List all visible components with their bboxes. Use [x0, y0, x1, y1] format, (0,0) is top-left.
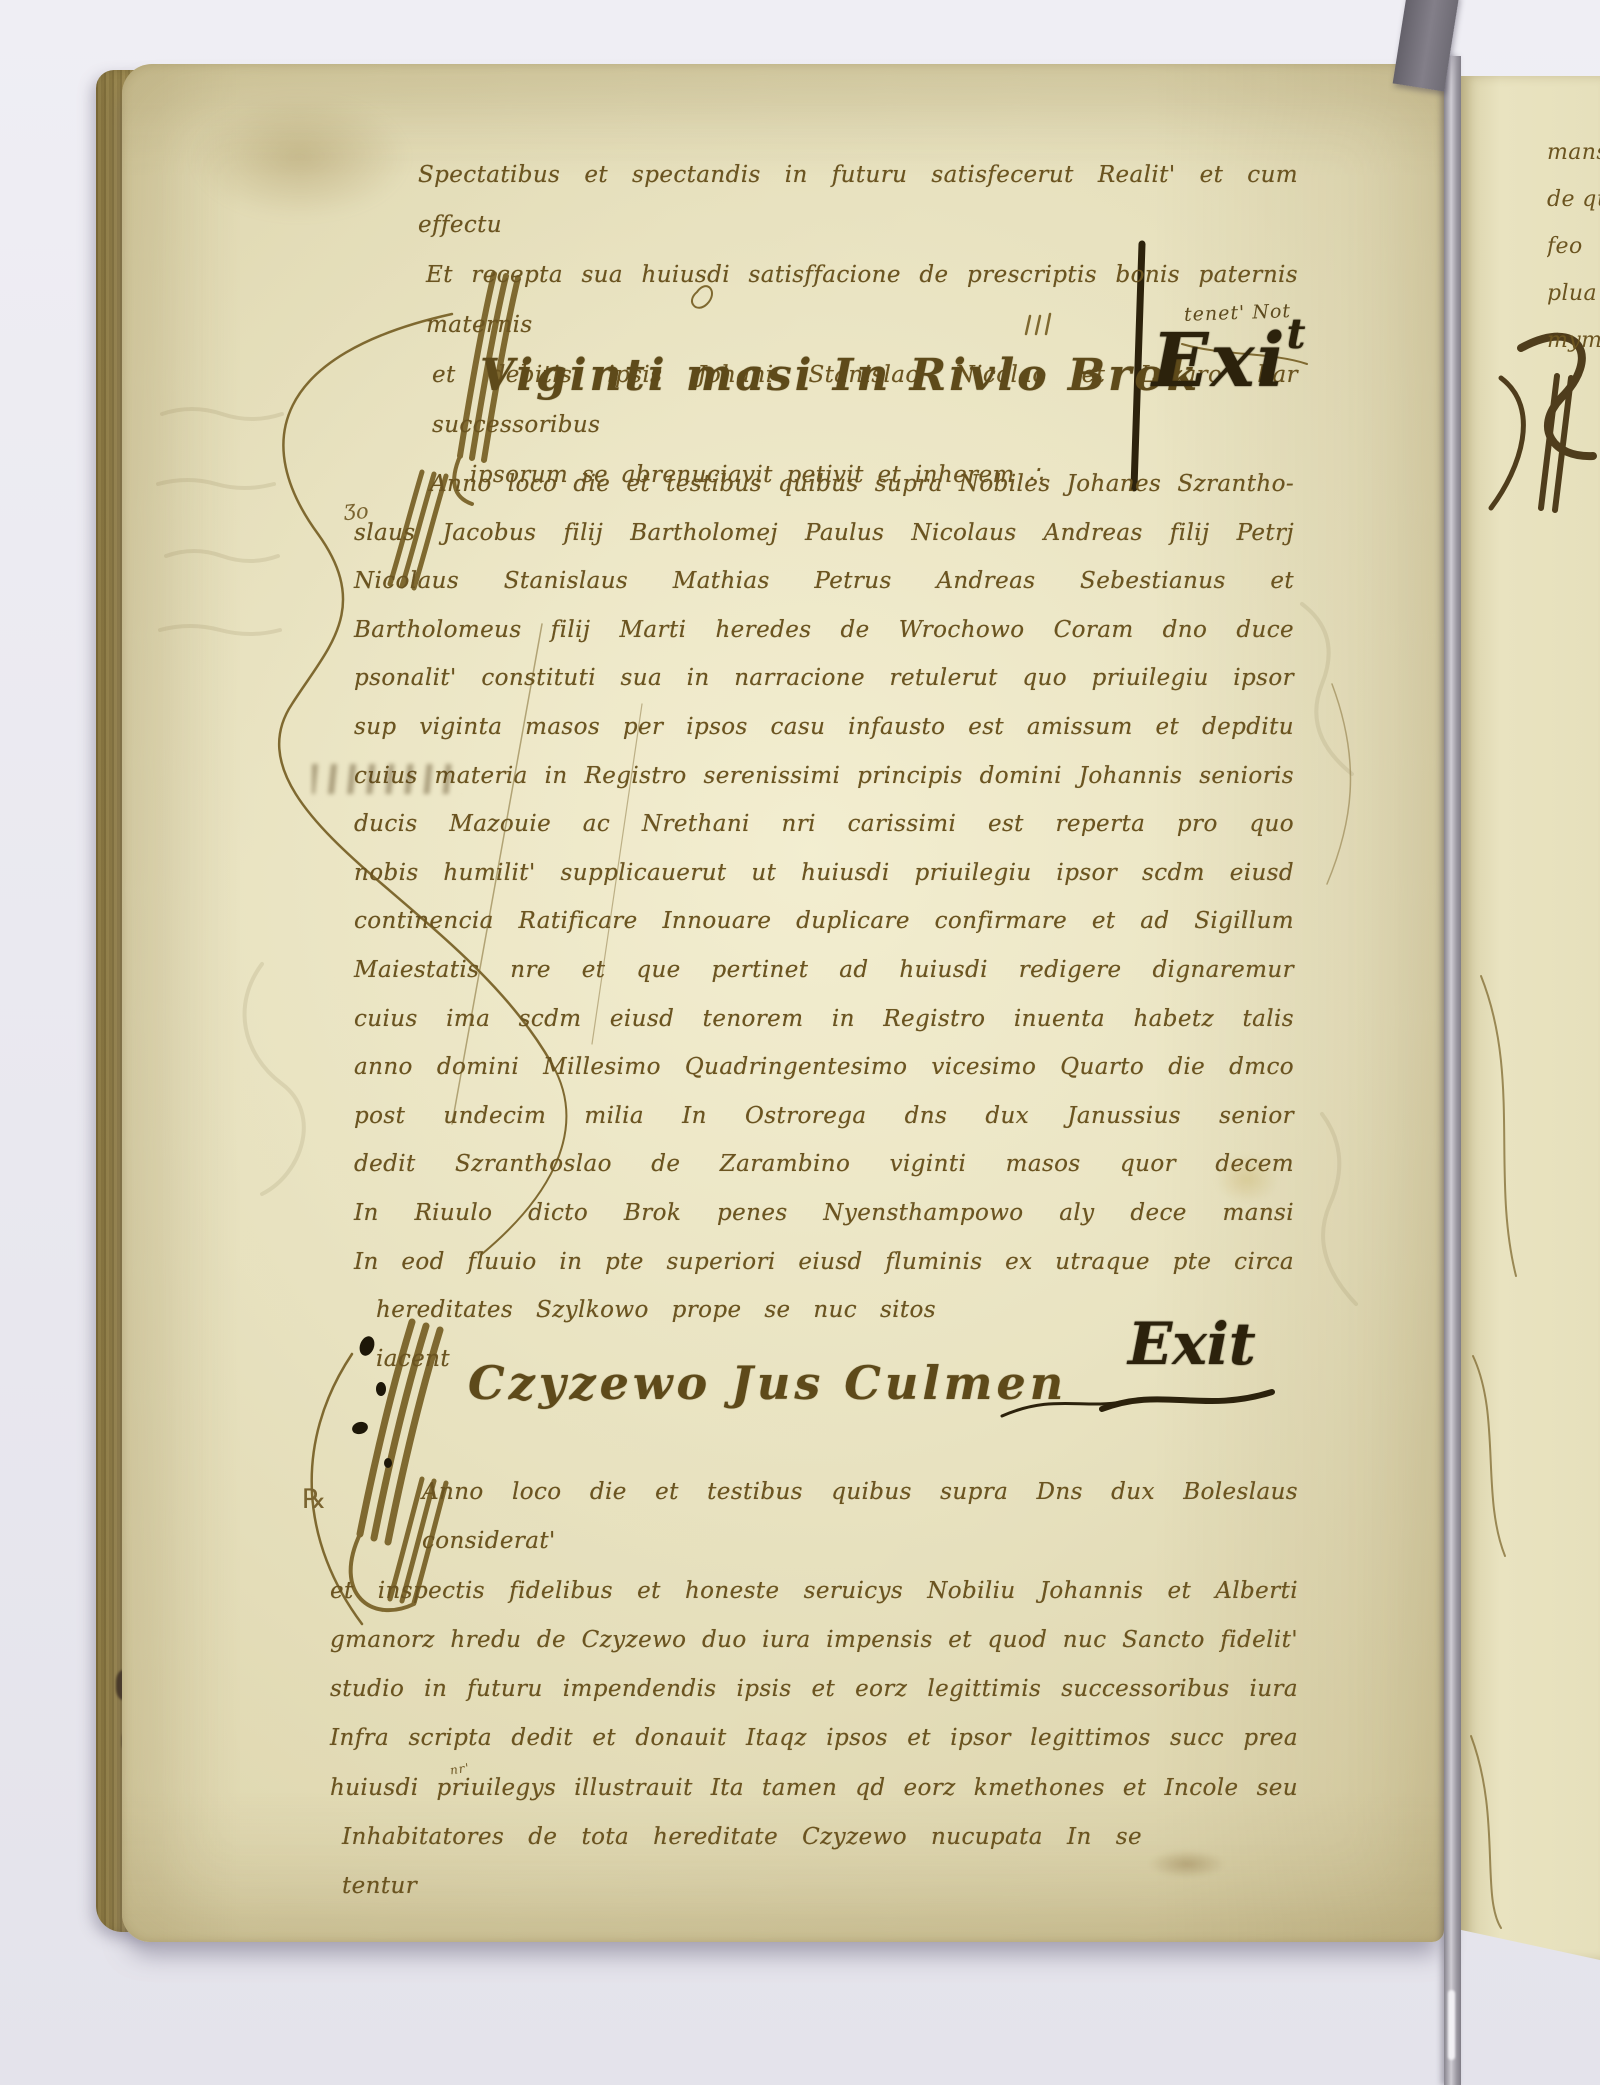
text-line: feo — [1547, 234, 1600, 281]
entry1-exit-mark: Exit — [1152, 310, 1307, 404]
scanner-rod — [1444, 56, 1461, 2085]
entry2-heading: Czyzewo Jus Culmen — [468, 1356, 1067, 1410]
text-line: gmanorz hredu de Czyzewo duo iura impens… — [330, 1616, 1298, 1665]
text-line: cuius ima scdm eiusd tenorem in Registro… — [354, 995, 1294, 1044]
text-line: In eod fluuio in pte superiori eiusd flu… — [354, 1238, 1294, 1287]
text-line: cuius materia in Registro serenissimi pr… — [354, 752, 1294, 801]
next-page-edge: mansode quofeopluamym — [1461, 76, 1600, 1960]
text-line: In Riuulo dicto Brok penes Nyensthampowo… — [354, 1189, 1294, 1238]
text-line: post undecim milia In Ostrorega dns dux … — [354, 1092, 1294, 1141]
text-line: studio in futuru impendendis ipsis et eo… — [330, 1665, 1298, 1714]
text-line: ducis Mazouie ac Nrethani nri carissimi … — [354, 800, 1294, 849]
ink-offset-marks — [312, 764, 462, 794]
ink-blot — [384, 1458, 392, 1468]
text-line: Bartholomeus filij Marti heredes de Wroc… — [354, 606, 1294, 655]
text-line: sup viginta masos per ipsos casu infaust… — [354, 703, 1294, 752]
next-page-text-fragments: mansode quofeopluamym — [1547, 140, 1600, 375]
text-line: manso — [1547, 140, 1600, 187]
exit-text: Exi — [1152, 318, 1287, 404]
scan-background: Spectatibus et spectandis in futuru sati… — [0, 0, 1600, 2085]
text-line: Infra scripta dedit et donauit Itaqz ips… — [330, 1714, 1298, 1763]
margin-mark-bottom: ℞ — [302, 1484, 326, 1515]
text-line: plua — [1547, 281, 1600, 328]
entry1-paragraph: Anno loco die et testibus quibus supra N… — [354, 460, 1294, 1383]
text-line: psonalit' constituti sua in narracione r… — [354, 654, 1294, 703]
text-line: nobis humilit' supplicauerut ut huiusdi … — [354, 849, 1294, 898]
text-line: Nicolaus Stanislaus Mathias Petrus Andre… — [354, 557, 1294, 606]
text-line: Anno loco die et testibus quibus supra D… — [422, 1468, 1298, 1567]
entry2-exit-mark: Exit — [1128, 1310, 1256, 1378]
manuscript-page: Spectatibus et spectandis in futuru sati… — [122, 64, 1444, 1942]
text-line: Maiestatis nre et que pertinet ad huiusd… — [354, 946, 1294, 995]
text-line: de quo — [1547, 187, 1600, 234]
catchword-note: nr' — [449, 1761, 471, 1778]
ink-blot — [351, 1420, 370, 1436]
text-line: et inspectis fidelibus et honeste seruic… — [330, 1567, 1298, 1616]
text-line: Anno loco die et testibus quibus supra N… — [430, 460, 1294, 509]
text-line: slaus Jacobus filij Bartholomej Paulus N… — [354, 509, 1294, 558]
text-line: anno domini Millesimo Quadringentesimo v… — [354, 1043, 1294, 1092]
text-line: mym — [1547, 328, 1600, 375]
margin-mark-top: Ʒo — [343, 499, 370, 525]
rod-highlight — [1448, 1990, 1455, 2060]
text-line: Inhabitatores de tota hereditate Czyzewo… — [342, 1813, 1142, 1912]
text-line: Spectatibus et spectandis in futuru sati… — [418, 150, 1298, 250]
exit-superscript: t — [1287, 310, 1308, 358]
text-line: dedit Szranthoslao de Zarambino viginti … — [354, 1140, 1294, 1189]
entry2-paragraph: Anno loco die et testibus quibus supra D… — [330, 1468, 1298, 1912]
ink-blot — [376, 1382, 386, 1396]
text-line: huiusdi priuilegys illustrauit Ita tamen… — [330, 1764, 1298, 1813]
text-line: continencia Ratificare Innouare duplicar… — [354, 897, 1294, 946]
entry1-heading: Viginti masi In Rivlo Brok — [480, 350, 1200, 401]
parchment-stain — [150, 72, 450, 242]
